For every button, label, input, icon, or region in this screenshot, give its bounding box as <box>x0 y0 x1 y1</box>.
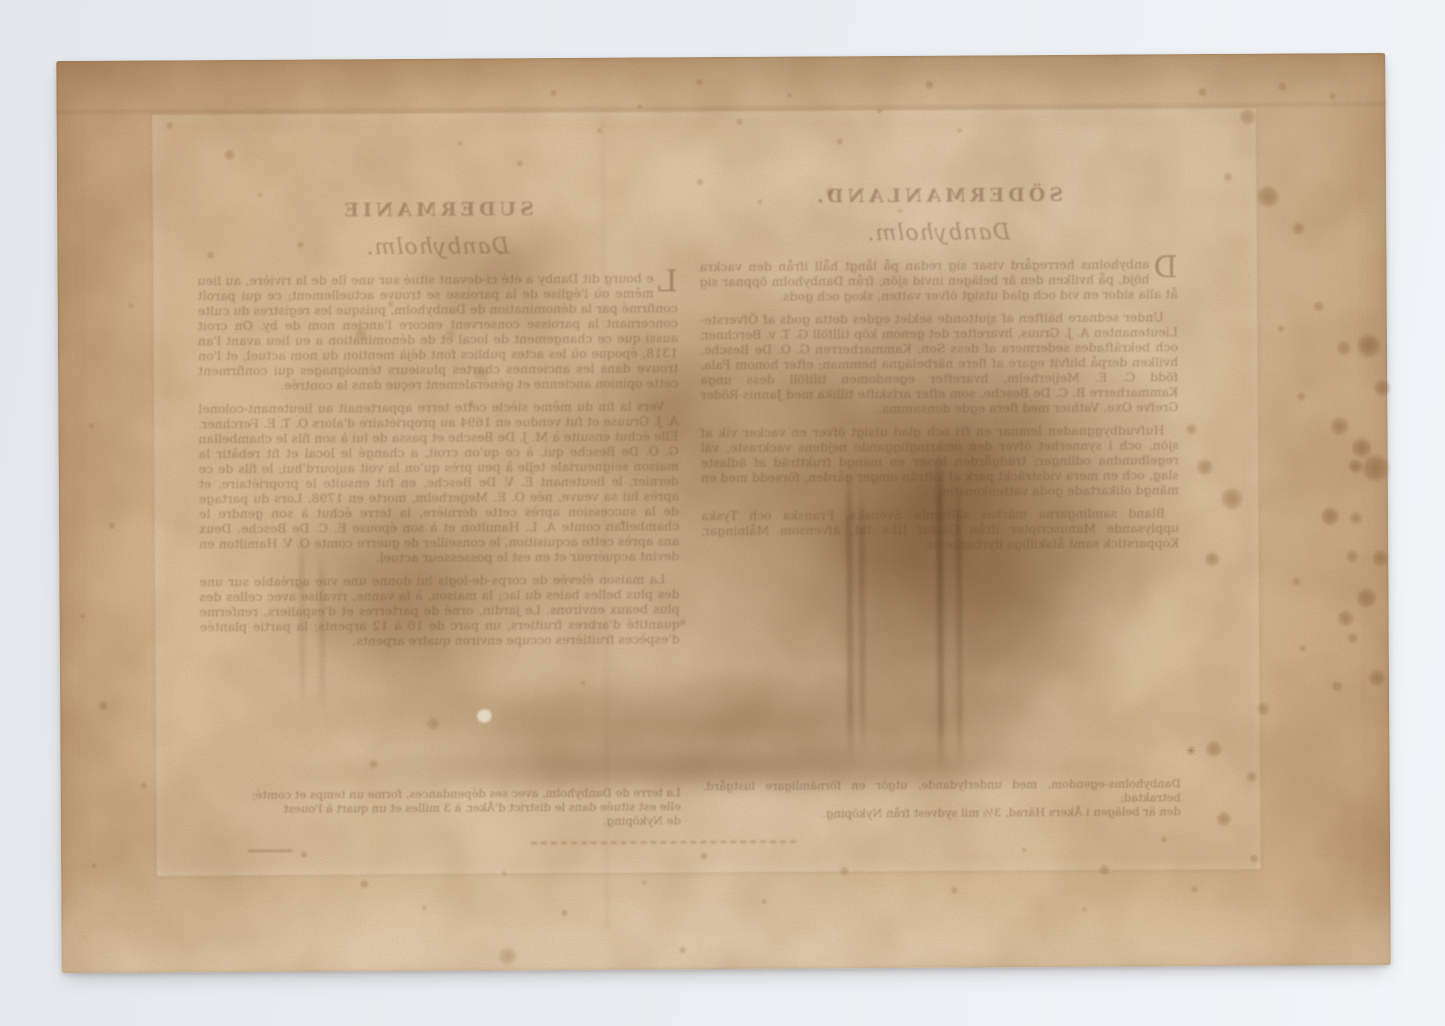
photo-backdrop: SUDERMANIE Danbyholm. Le bourg dit Danby… <box>0 0 1445 1026</box>
paper-texture <box>56 53 1391 973</box>
paper-sheet-verso: SUDERMANIE Danbyholm. Le bourg dit Danby… <box>56 53 1391 973</box>
